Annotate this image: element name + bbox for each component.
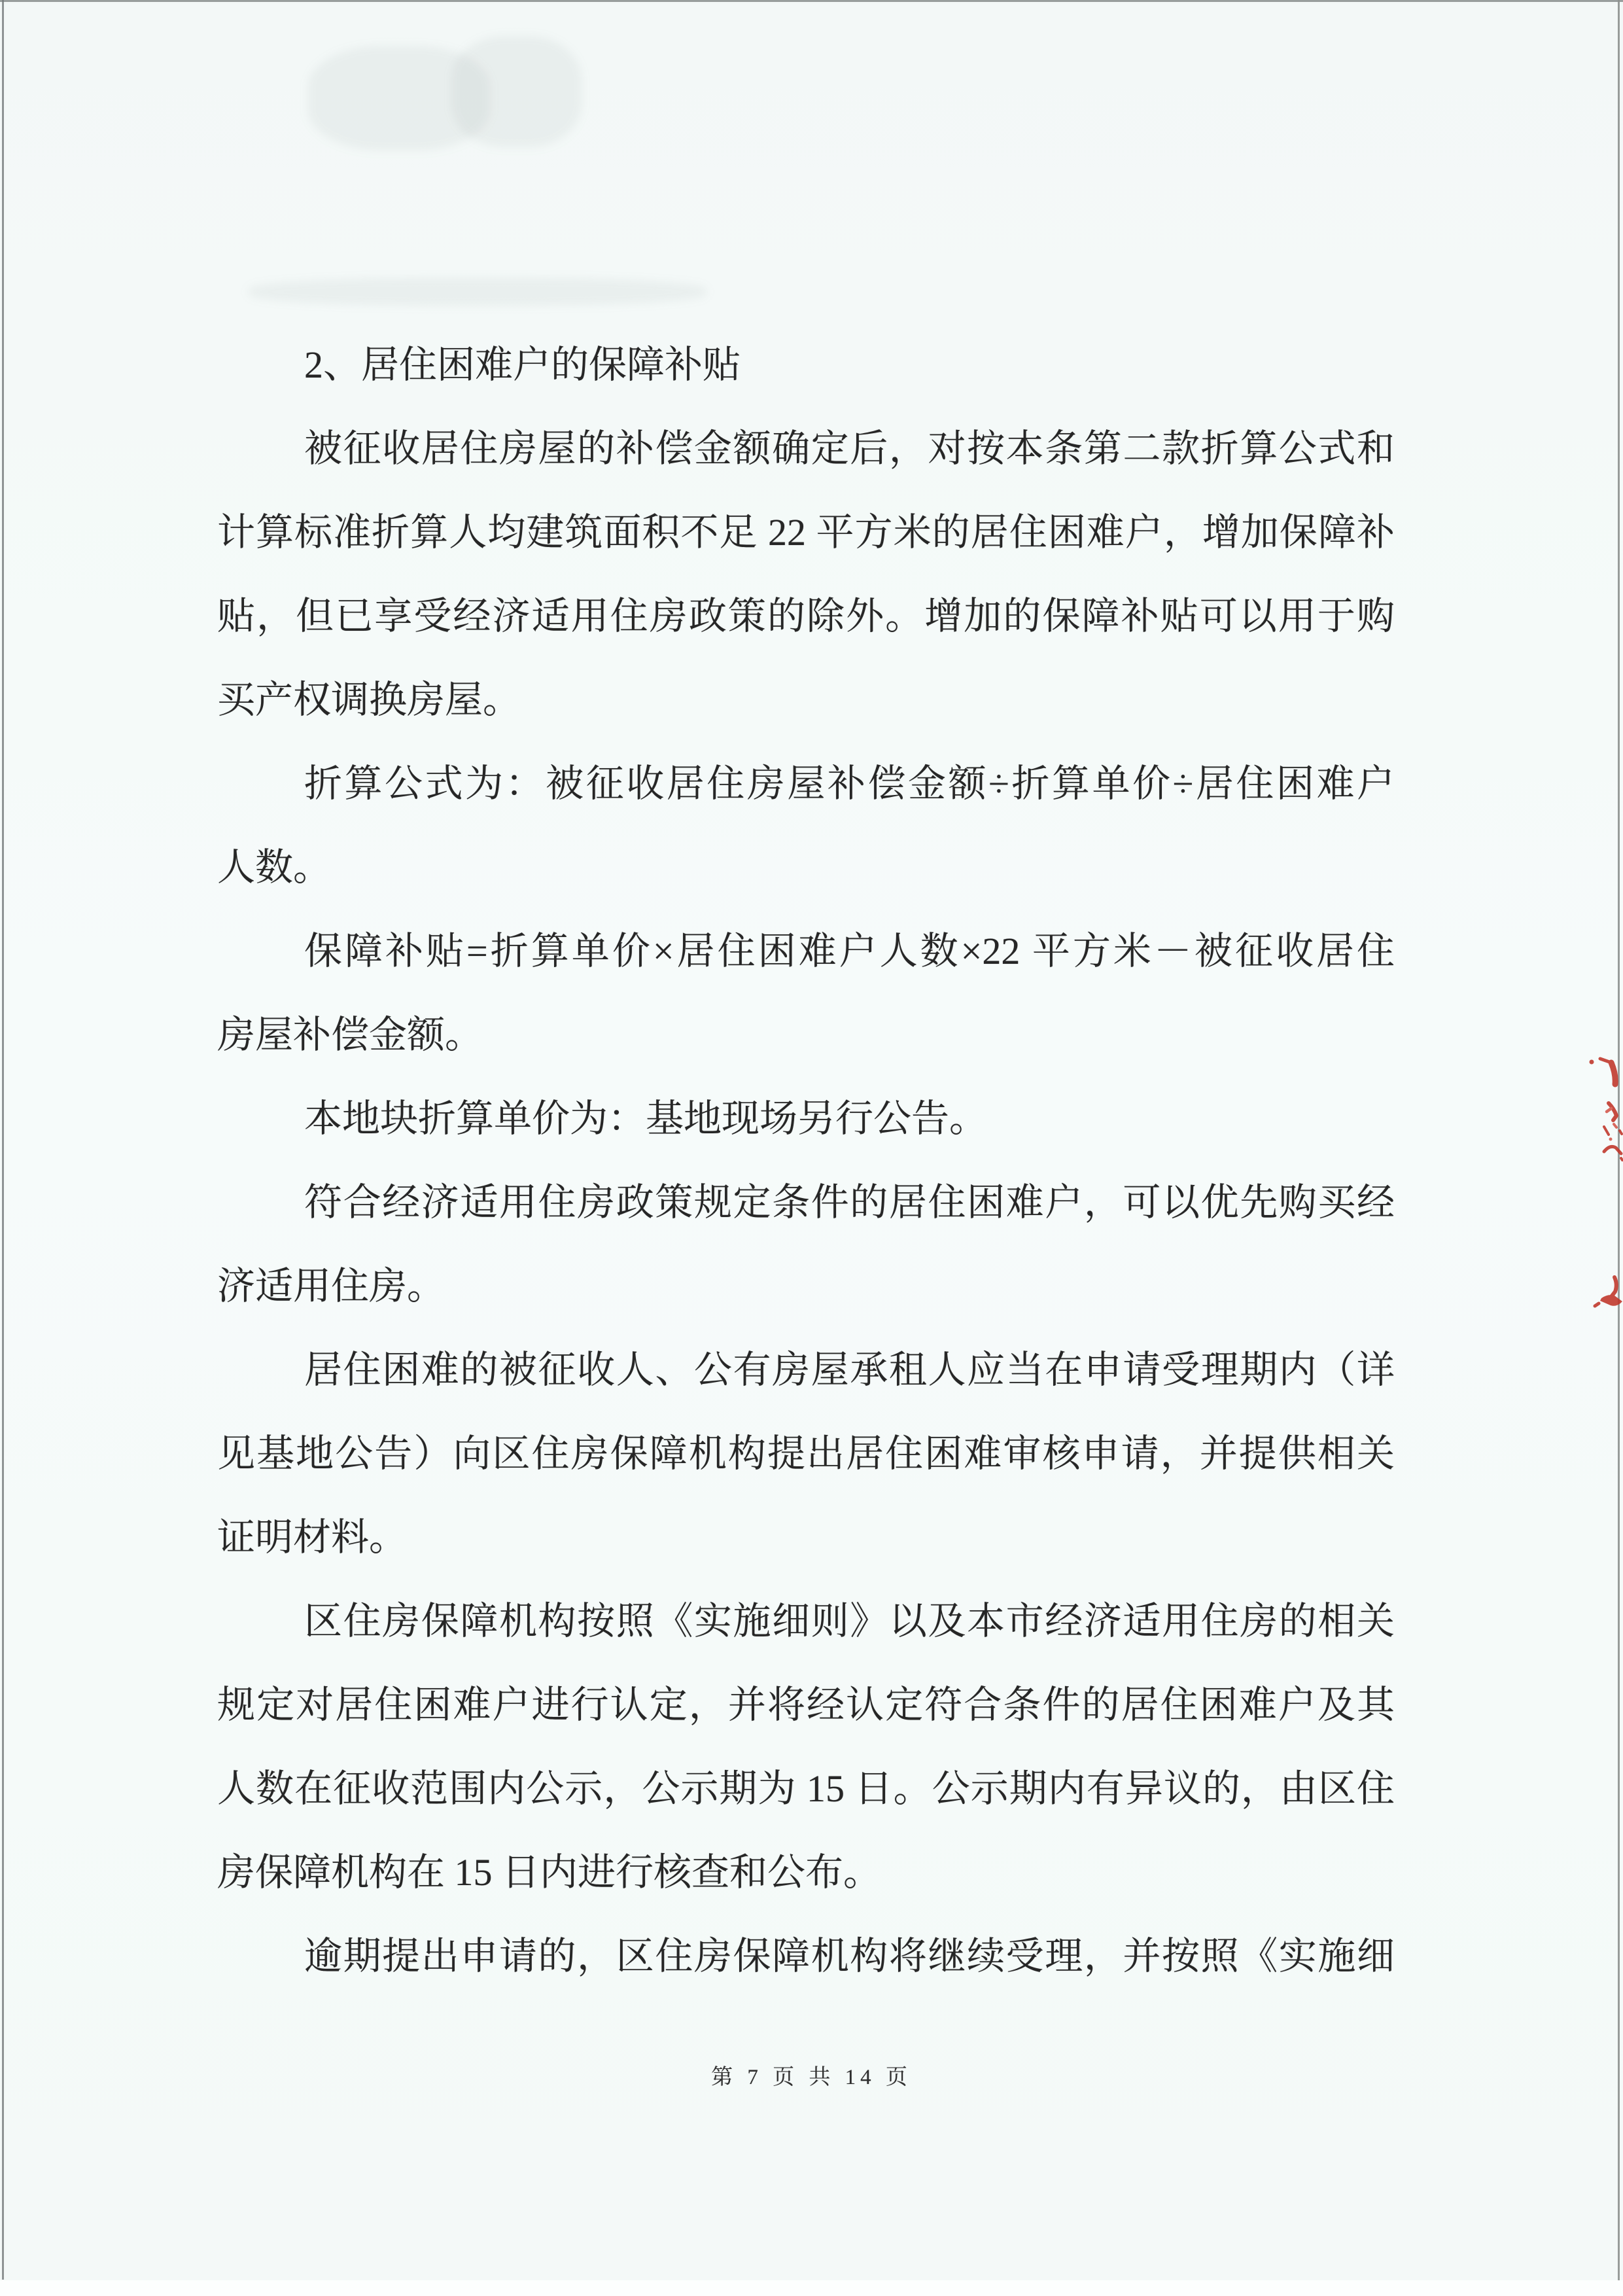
red-stroke [1604,1127,1609,1135]
text-line: 符合经济适用住房政策规定条件的居住困难户，可以优先购买经 [217,1161,1395,1245]
red-dot [1609,1138,1613,1141]
red-stroke [1611,1277,1616,1298]
red-dot [1590,1060,1594,1065]
red-stroke [1609,1103,1616,1120]
scan-edge-left [2,0,4,2280]
text-line: 人数。 [217,826,1395,910]
text-line: 折算公式为：被征收居住房屋补偿金额÷折算单价÷居住困难户 [217,742,1395,826]
text-line: 2、居住困难户的保障补贴 [217,323,1395,407]
text-line: 居住困难的被征收人、公有房屋承租人应当在申请受理期内（详 [217,1328,1395,1412]
text-line: 证明材料。 [217,1496,1395,1580]
text-line: 见基地公告）向区住房保障机构提出居住困难审核申请，并提供相关 [217,1412,1395,1496]
text-line: 买产权调换房屋。 [217,658,1395,742]
text-line: 被征收居住房屋的补偿金额确定后，对按本条第二款折算公式和 [217,407,1395,491]
bleedthrough-smudge [451,36,582,147]
red-stroke [1620,1131,1622,1134]
scanned-document-page: 2、居住困难户的保障补贴被征收居住房屋的补偿金额确定后，对按本条第二款折算公式和… [0,0,1623,2296]
text-line: 逾期提出申请的，区住房保障机构将继续受理，并按照《实施细 [217,1915,1395,1998]
text-line: 规定对居住困难户进行认定，并将经认定符合条件的居住困难户及其 [217,1663,1395,1747]
text-line: 房屋补偿金额。 [217,993,1395,1077]
red-stroke [1595,1303,1599,1306]
text-line: 人数在征收范围内公示，公示期为 15 日。公示期内有异议的，由区住 [217,1747,1395,1831]
body-text: 2、居住困难户的保障补贴被征收居住房屋的补偿金额确定后，对按本条第二款折算公式和… [217,323,1395,1998]
text-line: 房保障机构在 15 日内进行核查和公布。 [217,1831,1395,1915]
red-stroke [1611,1063,1615,1084]
text-line: 贴，但已享受经济适用住房政策的除外。增加的保障补贴可以用于购 [217,574,1395,658]
scan-bottom-strip [0,2280,1623,2296]
red-stroke [1607,1108,1611,1112]
text-line: 本地块折算单价为：基地现场另行公告。 [217,1077,1395,1161]
scan-edge-top [0,0,1623,2]
red-stroke [1621,1158,1622,1160]
text-line: 区住房保障机构按照《实施细则》以及本市经济适用住房的相关 [217,1580,1395,1663]
text-line: 济适用住房。 [217,1245,1395,1328]
bleedthrough-smudge [249,278,707,306]
page-footer: 第 7 页 共 14 页 [0,2055,1623,2100]
red-stroke [1604,1146,1621,1154]
red-pen-marks [1584,1047,1623,1315]
text-line: 计算标准折算人均建筑面积不足 22 平方米的居住困难户，增加保障补 [217,491,1395,574]
text-line: 保障补贴=折算单价×居住困难户人数×22 平方米－被征收居住 [217,910,1395,993]
red-blob [1600,1295,1622,1306]
red-stroke [1614,1124,1616,1127]
